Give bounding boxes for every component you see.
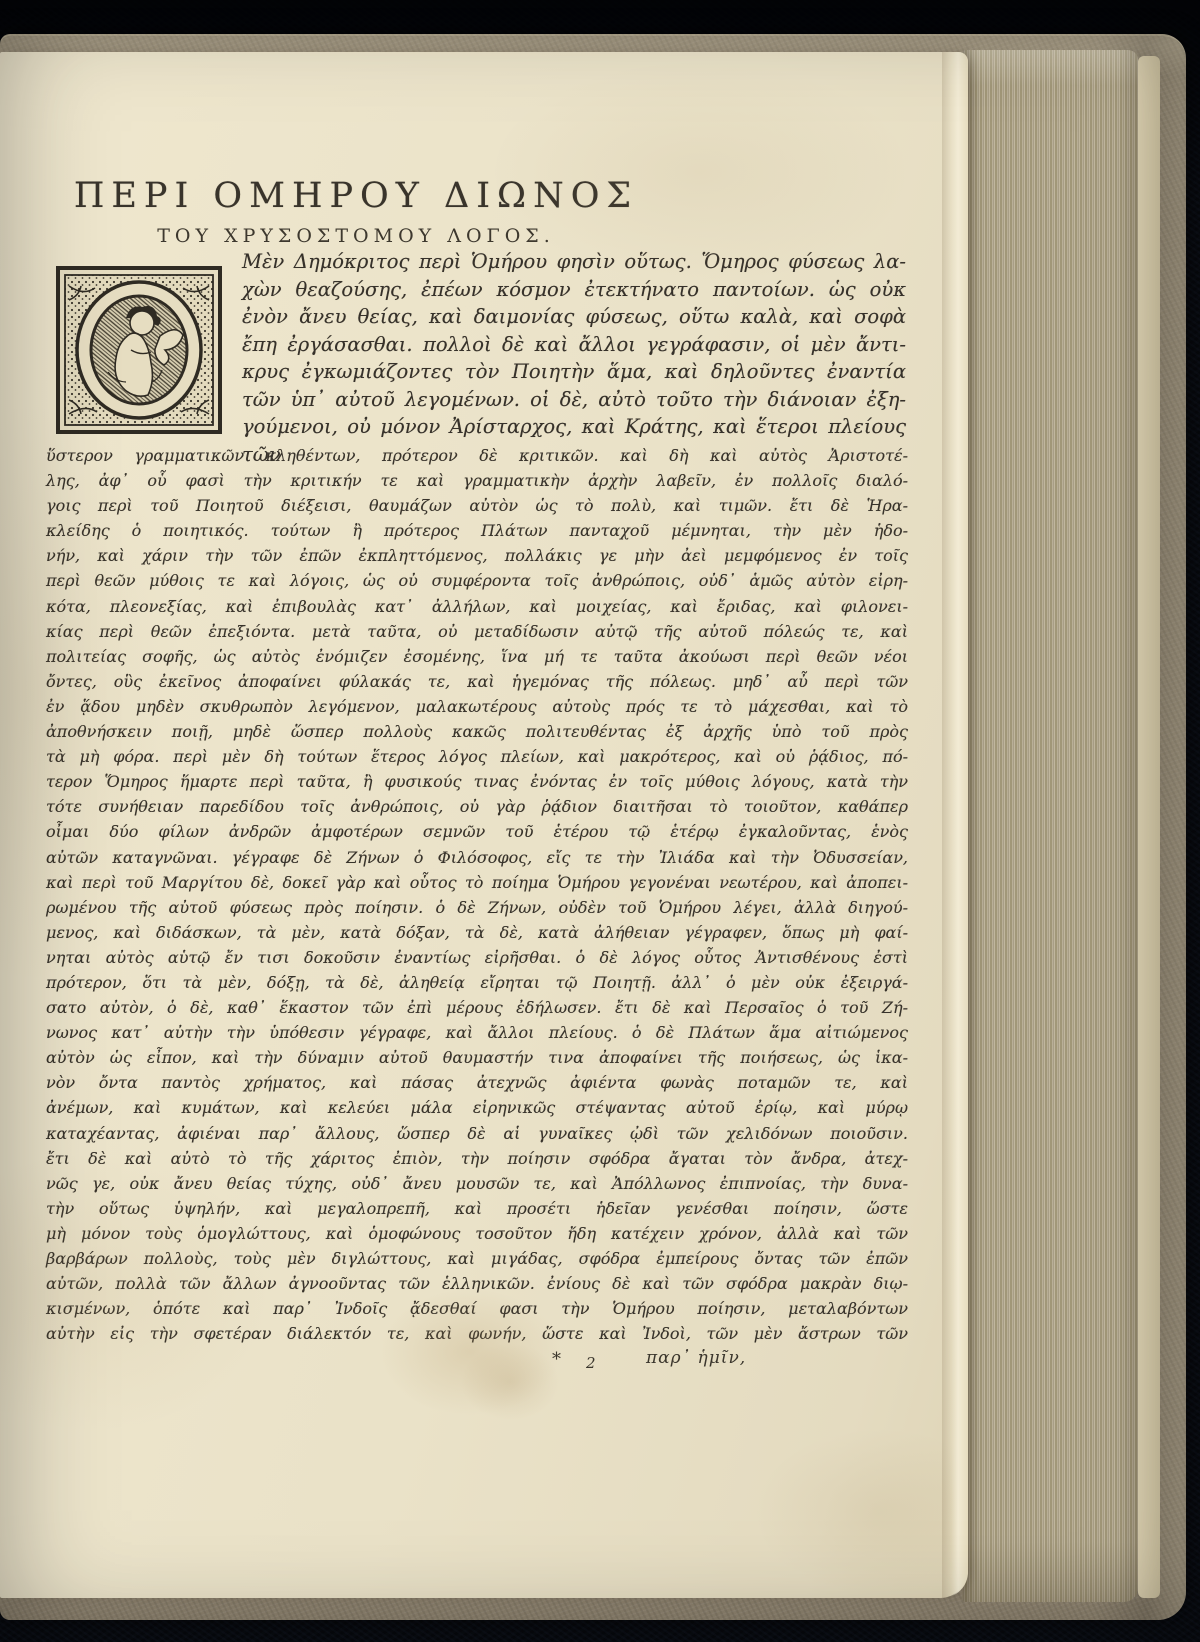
text-line: ὄντες, οὓς ἐκεῖνος ἀποφαίνει φύλακάς τε,… (46, 669, 908, 694)
text-line: βαρβάρων πολλοὺς, τοὺς μὲν διγλώττους, κ… (46, 1246, 908, 1271)
text-line: ρωμένου τῆς αὐτοῦ φύσεως πρὸς ποίησιν. ὁ… (46, 895, 908, 920)
text-line: κότα, πλεονεξίας, καὶ ἐπιβουλὰς κατ᾽ ἀλλ… (46, 594, 908, 619)
text-line: τερον Ὅμηρος ἥμαρτε περὶ ταῦτα, ἢ φυσικο… (46, 769, 908, 794)
text-line: τὰ μὴ φόρα. περὶ μὲν δὴ τούτων ἕτερος λό… (46, 744, 908, 769)
text-line: νηται αὐτὸς αὑτῷ ἔν τισι δοκοῦσιν ἐναντί… (46, 945, 908, 970)
text-line: μὴ μόνον τοὺς ὁμογλώττους, καὶ ὁμοφώνους… (46, 1221, 908, 1246)
text-line: νὸν ὄντα παντὸς χρήματος, καὶ πάσας ἀτεχ… (46, 1070, 908, 1095)
text-line: αὐτῶν, πολλὰ τῶν ἄλλων ἀγνοοῦντας τῶν ἑλ… (46, 1271, 908, 1296)
signature-star: * (552, 1349, 561, 1370)
text-line: ἀποθνήσκειν ποιῇ, μηδὲ ὥσπερ πολλοὺς κακ… (46, 719, 908, 744)
text-line: λης, ἀφ᾽ οὗ φασὶ τὴν κριτικήν τε καὶ γρα… (46, 468, 908, 493)
text-line: κρυς ἐγκωμιάζοντες τὸν Ποιητὴν ἅμα, καὶ … (242, 358, 906, 386)
text-line: Μὲν Δημόκριτος περὶ Ὁμήρου φησὶν οὕτως. … (242, 248, 906, 276)
page-heading: ΠΕΡΙ ΟΜΗΡΟΥ ΔΙΩΝΟΣ ΤΟΥ ΧΡΥΣΟΣΤΟΜΟΥ ΛΟΓΟΣ… (46, 176, 666, 247)
woodcut-initial-O-icon (56, 266, 222, 434)
book-page: ΠΕΡΙ ΟΜΗΡΟΥ ΔΙΩΝΟΣ ΤΟΥ ΧΡΥΣΟΣΤΟΜΟΥ ΛΟΓΟΣ… (0, 52, 968, 1598)
catchword: παρ᾽ ἡμῖν, (646, 1348, 746, 1368)
text-line: τῶν ὑπ᾽ αὐτοῦ λεγομένων. οἱ δὲ, αὐτὸ τοῦ… (242, 386, 906, 414)
text-line: νωνος κατ᾽ αὐτὴν τὴν ὑπόθεσιν γέγραφε, κ… (46, 1020, 908, 1045)
text-line: αὐτὸν ὡς εἶπον, καὶ τὴν δύναμιν αὐτοῦ θα… (46, 1045, 908, 1070)
page-subtitle: ΤΟΥ ΧΡΥΣΟΣΤΟΜΟΥ ΛΟΓΟΣ. (46, 225, 666, 247)
signature-line: * 2 παρ᾽ ἡμῖν, (0, 1346, 968, 1380)
fore-edge-page-stack (962, 50, 1138, 1602)
text-line: γοις περὶ τοῦ Ποιητοῦ διέξεισι, θαυμάζων… (46, 493, 908, 518)
text-line: σατο αὐτὸν, ὁ δὲ, καθ᾽ ἕκαστον τῶν ἐπὶ μ… (46, 995, 908, 1020)
text-line: καὶ περὶ τοῦ Μαργίτου δὲ, δοκεῖ γὰρ καὶ … (46, 870, 908, 895)
text-line: αὐτῶν καταγνῶναι. γέγραφε δὲ Ζήνων ὁ Φιλ… (46, 845, 908, 870)
text-line: νήν, καὶ χάριν τὴν τῶν ἐπῶν ἐκπληττόμενο… (46, 543, 908, 568)
book-photograph: ΠΕΡΙ ΟΜΗΡΟΥ ΔΙΩΝΟΣ ΤΟΥ ΧΡΥΣΟΣΤΟΜΟΥ ΛΟΓΟΣ… (0, 0, 1200, 1642)
body-text-block: ὕστερον γραμματικῶν κληθέντων, πρότερον … (46, 443, 908, 1346)
text-line: τότε συνήθειαν παρεδίδου τοῖς ἀνθρώποις,… (46, 794, 908, 819)
text-line: ἔπη ἐργάσασθαι. πολλοὶ δὲ καὶ ἄλλοι γεγρ… (242, 331, 906, 359)
opening-text-block: Μὲν Δημόκριτος περὶ Ὁμήρου φησὶν οὕτως. … (242, 248, 906, 468)
text-line: μενος, καὶ διδάσκων, τὰ μὲν, κατὰ δόξαν,… (46, 920, 908, 945)
text-line: ἐνὸν ἄνευ θείας, καὶ δαιμονίας φύσεως, ο… (242, 303, 906, 331)
signature-number: 2 (586, 1354, 596, 1372)
text-line: χὼν θεαζούσης, ἐπέων κόσμον ἐτεκτήνατο π… (242, 276, 906, 304)
text-line: κίας περὶ θεῶν ἐπεξιόντα. μετὰ ταῦτα, οὐ… (46, 619, 908, 644)
text-line: πρότερον, ὅτι τὰ μὲν, δόξῃ, τὰ δὲ, ἀληθε… (46, 970, 908, 995)
text-line: ἐν ᾅδου μηδὲν σκυθρωπὸν λεγόμενον, μαλακ… (46, 694, 908, 719)
text-line: περὶ θεῶν μύθοις τε καὶ λόγοις, ὡς οὐ συ… (46, 568, 908, 593)
text-line: οἶμαι δύο φίλων ἀνδρῶν ἀμφοτέρων σεμνῶν … (46, 819, 908, 844)
text-line: κισμένων, ὁπότε καὶ παρ᾽ Ἰνδοῖς ᾄδεσθαί … (46, 1296, 908, 1321)
text-line: κλείδης ὁ ποιητικός. τούτων ἢ πρότερος Π… (46, 518, 908, 543)
text-line: ὕστερον γραμματικῶν κληθέντων, πρότερον … (46, 443, 908, 468)
text-line: νῶς γε, οὐκ ἄνευ θείας τύχης, οὐδ᾽ ἄνευ … (46, 1171, 908, 1196)
text-line: ἔτι δὲ καὶ αὐτὸ τὸ τῆς χάριτος ἐπιὸν, τὴ… (46, 1146, 908, 1171)
text-line: καταχέαντας, ἀφιέναι παρ᾽ ἄλλους, ὥσπερ … (46, 1121, 908, 1146)
page-title: ΠΕΡΙ ΟΜΗΡΟΥ ΔΙΩΝΟΣ (46, 176, 666, 216)
text-line: ἀνέμων, καὶ κυμάτων, καὶ κελεύει μάλα εἰ… (46, 1095, 908, 1120)
text-line: αὐτὴν εἰς τὴν σφετέραν διάλεκτόν τε, καὶ… (46, 1321, 908, 1346)
text-line: τὴν οὕτως ὑψηλήν, καὶ μεγαλοπρεπῆ, καὶ π… (46, 1196, 908, 1221)
text-line: πολιτείας σοφῆς, ὡς αὐτὸς ἐνόμιζεν ἐσομέ… (46, 644, 908, 669)
